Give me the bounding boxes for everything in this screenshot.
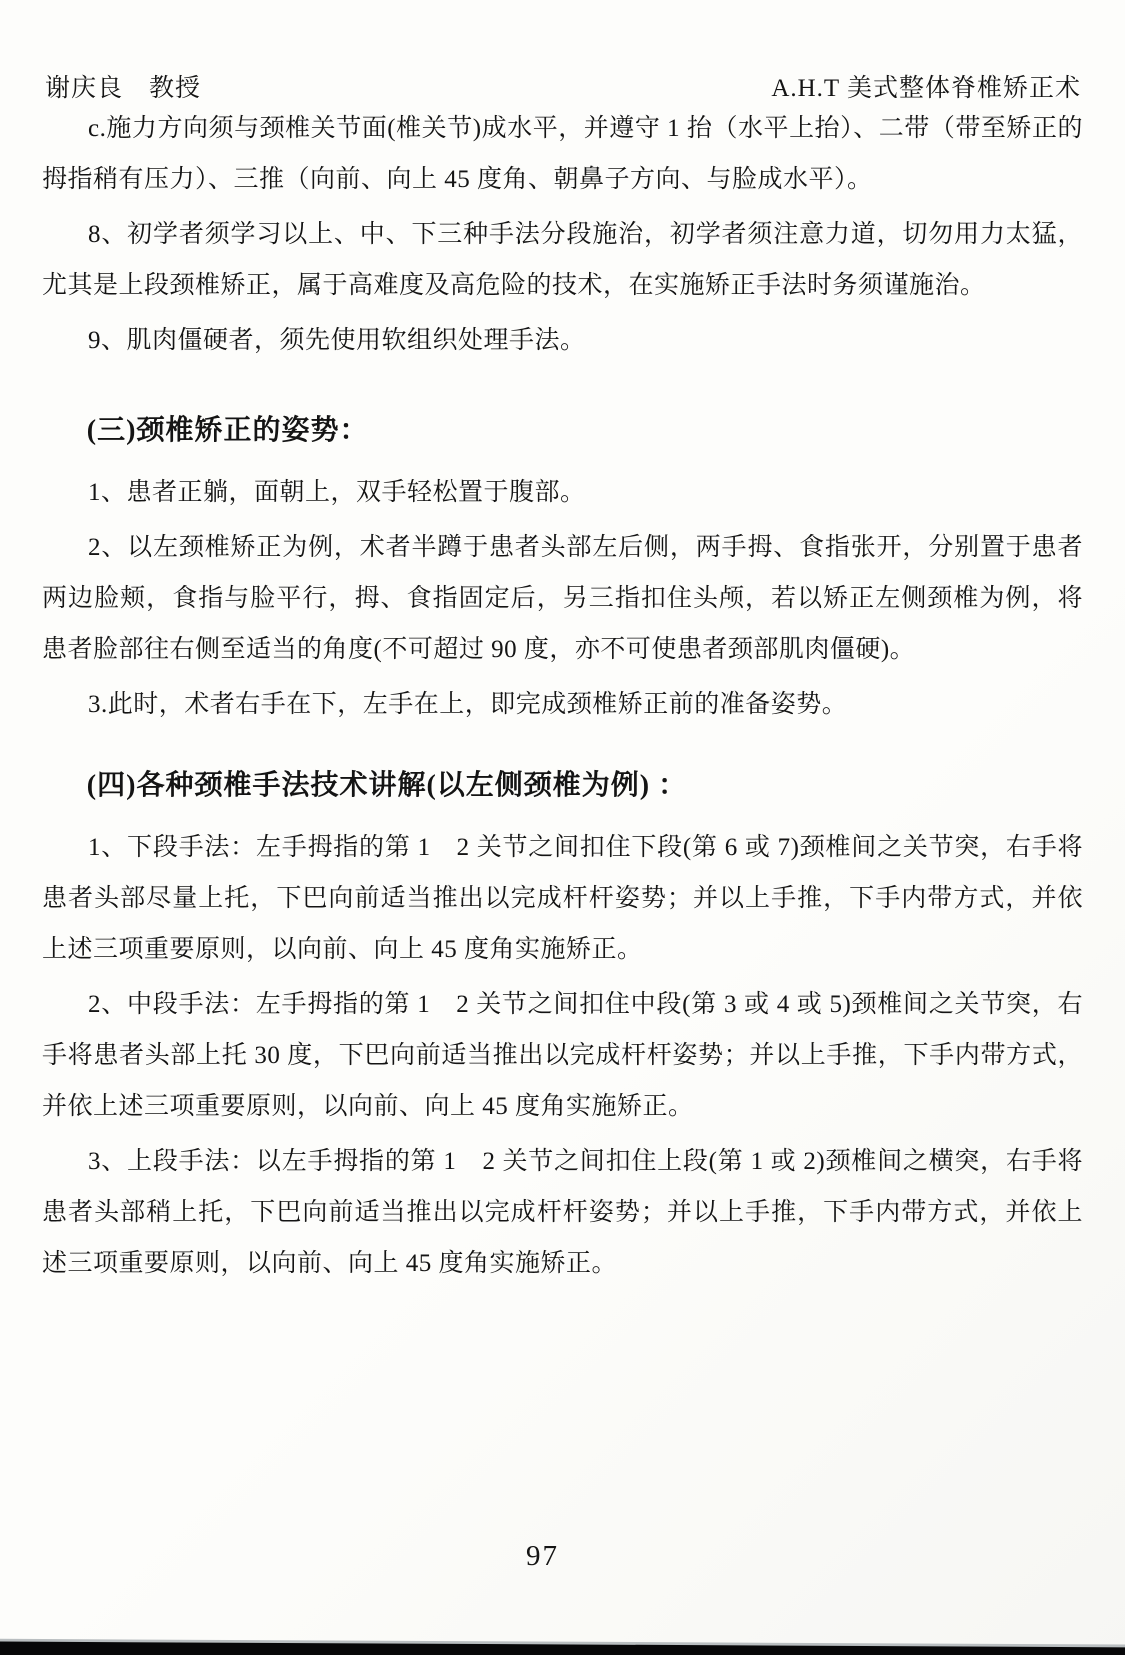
paragraph-3-3-ready-posture: 3.此时，术者右手在下，左手在上，即完成颈椎矫正前的准备姿势。	[42, 679, 1083, 730]
section-heading-3-posture: (三)颈椎矫正的姿势：	[42, 411, 1083, 451]
header-author: 谢庆良 教授	[45, 68, 201, 104]
paragraph-9-stiff-muscle: 9、肌肉僵硬者，须先使用软组织处理手法。	[42, 315, 1083, 366]
section-heading-4-techniques: (四)各种颈椎手法技术讲解(以左侧颈椎为例) ：	[42, 766, 1083, 806]
paragraph-3-2-left-correction-example: 2、以左颈椎矫正为例，术者半蹲于患者头部左后侧，两手拇、食指张开，分别置于患者两…	[42, 522, 1083, 675]
paragraph-4-2-middle-segment: 2、中段手法：左手拇指的第 1 2 关节之间扣住中段(第 3 或 4 或 5)颈…	[42, 979, 1083, 1132]
header-book-title: A.H.T 美式整体脊椎矫正术	[771, 68, 1081, 104]
document-body: c.施力方向须与颈椎关节面(椎关节)成水平，并遵守 1 抬（水平上抬）、二带（带…	[42, 103, 1083, 1293]
paragraph-c-force-direction: c.施力方向须与颈椎关节面(椎关节)成水平，并遵守 1 抬（水平上抬）、二带（带…	[42, 103, 1083, 205]
paragraph-4-3-upper-segment: 3、上段手法：以左手拇指的第 1 2 关节之间扣住上段(第 1 或 2)颈椎间之…	[42, 1136, 1083, 1289]
page-number: 97	[0, 1540, 1085, 1573]
page-header: 谢庆良 教授 A.H.T 美式整体脊椎矫正术	[45, 68, 1081, 104]
document-page: 谢庆良 教授 A.H.T 美式整体脊椎矫正术 c.施力方向须与颈椎关节面(椎关节…	[0, 0, 1125, 1655]
paragraph-8-beginners: 8、初学者须学习以上、中、下三种手法分段施治，初学者须注意力道，切勿用力太猛，尤…	[42, 209, 1083, 311]
paragraph-4-1-lower-segment: 1、下段手法：左手拇指的第 1 2 关节之间扣住下段(第 6 或 7)颈椎间之关…	[42, 822, 1083, 975]
paragraph-3-1-patient-lying: 1、患者正躺，面朝上，双手轻松置于腹部。	[42, 467, 1083, 518]
